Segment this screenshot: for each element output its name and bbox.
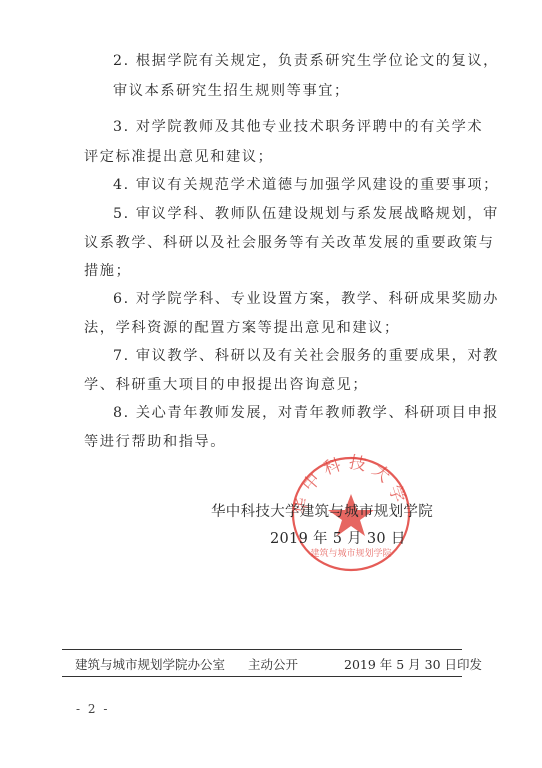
footer-top-rule [62,649,462,650]
footer-disclosure: 主动公开 [248,655,298,673]
body-line: 等进行帮助和指导。 [84,433,226,451]
document-page: 2. 根据学院有关规定，负责系研究生学位论文的复议， 审议本系研究生招生规则等事… [0,0,542,768]
svg-text:建筑与城市规划学院: 建筑与城市规划学院 [310,547,391,559]
body-line: 5. 审议学科、教师队伍建设规划与系发展战略规划，审 [113,205,499,223]
footer-issuer: 建筑与城市规划学院办公室 [75,655,225,673]
body-line: 3. 对学院教师及其他专业技术职务评聘中的有关学术 [113,118,483,136]
body-line: 法，学科资源的配置方案等提出意见和建议； [84,319,400,337]
footer-issue-date: 2019 年 5 月 30 日印发 [344,655,482,673]
page-number: - 2 - [76,702,109,716]
body-line: 审议本系研究生招生规则等事宜； [113,82,350,100]
body-line: 学、科研重大项目的申报提出咨询意见； [84,376,368,394]
body-line: 8. 关心青年教师发展，对青年教师教学、科研项目申报 [113,404,499,422]
body-line: 措施； [84,262,131,280]
body-line: 2. 根据学院有关规定，负责系研究生学位论文的复议， [113,52,499,70]
body-line: 议系教学、科研以及社会服务等有关改革发展的重要政策与 [84,234,494,252]
signature-date: 2019 年 5 月 30 日 [270,527,406,548]
signature-institution: 华中科技大学建筑与城市规划学院 [211,500,433,521]
body-line: 6. 对学院学科、专业设置方案，教学、科研成果奖励办 [113,290,499,308]
footer-bottom-rule [62,676,462,677]
body-line: 4. 审议有关规范学术道德与加强学风建设的重要事项； [113,176,499,194]
body-line: 评定标准提出意见和建议； [84,148,273,166]
body-line: 7. 审议教学、科研以及有关社会服务的重要成果，对教 [113,347,499,365]
